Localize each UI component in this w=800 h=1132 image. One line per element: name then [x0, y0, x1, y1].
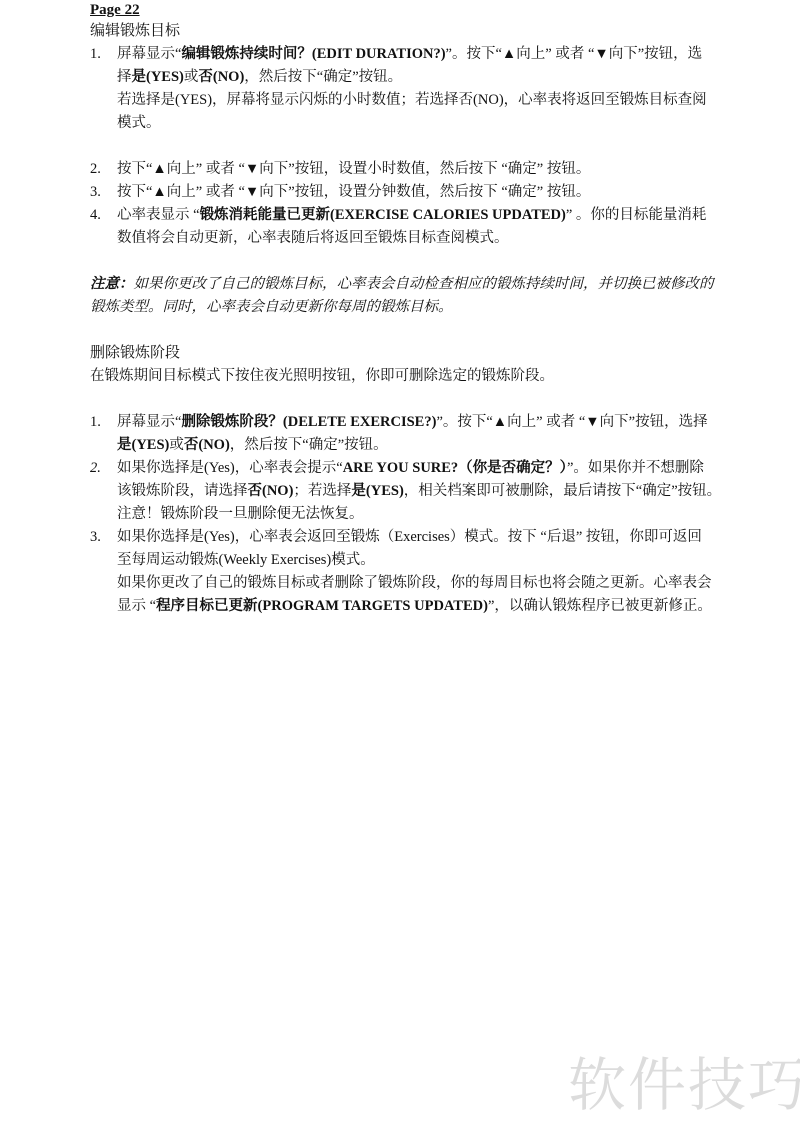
- page-number: Page 22: [90, 0, 764, 20]
- document-page: Page 22 编辑锻炼目标 1. 屏幕显示“编辑锻炼持续时间？(EDIT DU…: [90, 0, 764, 618]
- spacer: [90, 135, 764, 158]
- note-paragraph: 注意：如果你更改了自己的锻炼目标，心率表会自动检查相应的锻炼持续时间，并切换已被…: [90, 273, 764, 319]
- step-number: 3.: [90, 526, 101, 549]
- step-line: 心率表显示 “锻炼消耗能量已更新(EXERCISE CALORIES UPDAT…: [117, 204, 764, 227]
- step-number: 4.: [90, 204, 101, 227]
- step-3: 3. 如果你选择是(Yes)，心率表会返回至锻炼（Exercises）模式。按下…: [90, 526, 764, 618]
- step-number: 3.: [90, 181, 101, 204]
- edit-target-steps: 1. 屏幕显示“编辑锻炼持续时间？(EDIT DURATION?)”。按下“▲向…: [90, 43, 764, 250]
- step-line: 模式。: [117, 112, 764, 135]
- step-line: 是(YES)或否(NO)，然后按下“确定”按钮。: [117, 434, 764, 457]
- step-line: 至每周运动锻炼(Weekly Exercises)模式。: [117, 549, 764, 572]
- step-line: 该锻炼阶段，请选择否(NO)；若选择是(YES)，相关档案即可被删除，最后请按下…: [117, 480, 764, 503]
- step-2: 2. 按下“▲向上” 或者 “▼向下”按钮，设置小时数值，然后按下 “确定” 按…: [90, 158, 764, 181]
- step-number: 2.: [90, 457, 101, 480]
- section-title-edit-target: 编辑锻炼目标: [90, 20, 764, 43]
- step-2: 2. 如果你选择是(Yes)，心率表会提示“ARE YOU SURE?（你是否确…: [90, 457, 764, 526]
- step-line: 如果你选择是(Yes)，心率表会提示“ARE YOU SURE?（你是否确定？）…: [117, 457, 764, 480]
- step-number: 1.: [90, 43, 101, 66]
- step-line: 数值将会自动更新，心率表随后将返回至锻炼目标查阅模式。: [117, 227, 764, 250]
- step-line: 屏幕显示“删除锻炼阶段？(DELETE EXERCISE?)”。按下“▲向上” …: [117, 411, 764, 434]
- step-1: 1. 屏幕显示“编辑锻炼持续时间？(EDIT DURATION?)”。按下“▲向…: [90, 43, 764, 135]
- step-number: 2.: [90, 158, 101, 181]
- step-4: 4. 心率表显示 “锻炼消耗能量已更新(EXERCISE CALORIES UP…: [90, 204, 764, 250]
- step-line: 如果你选择是(Yes)，心率表会返回至锻炼（Exercises）模式。按下 “后…: [117, 526, 764, 549]
- step-3: 3. 按下“▲向上” 或者 “▼向下”按钮，设置分钟数值，然后按下 “确定” 按…: [90, 181, 764, 204]
- section-title-delete-exercise: 删除锻炼阶段: [90, 342, 764, 365]
- step-line: 屏幕显示“编辑锻炼持续时间？(EDIT DURATION?)”。按下“▲向上” …: [117, 43, 764, 66]
- watermark: 软件技巧: [568, 1038, 800, 1122]
- step-line: 若选择是(YES)，屏幕将显示闪烁的小时数值；若选择否(NO)，心率表将返回至锻…: [117, 89, 764, 112]
- step-number: 1.: [90, 411, 101, 434]
- step-line: 注意！锻炼阶段一旦删除便无法恢复。: [117, 503, 764, 526]
- step-line: 按下“▲向上” 或者 “▼向下”按钮，设置小时数值，然后按下 “确定” 按钮。: [117, 158, 764, 181]
- delete-exercise-steps: 1. 屏幕显示“删除锻炼阶段？(DELETE EXERCISE?)”。按下“▲向…: [90, 411, 764, 618]
- step-line: 择是(YES)或否(NO)，然后按下“确定”按钮。: [117, 66, 764, 89]
- step-1: 1. 屏幕显示“删除锻炼阶段？(DELETE EXERCISE?)”。按下“▲向…: [90, 411, 764, 457]
- step-line: 如果你更改了自己的锻炼目标或者删除了锻炼阶段，你的每周目标也将会随之更新。心率表…: [117, 572, 764, 595]
- step-line: 显示 “程序目标已更新(PROGRAM TARGETS UPDATED)”，以确…: [117, 595, 764, 618]
- step-line: 按下“▲向上” 或者 “▼向下”按钮，设置分钟数值，然后按下 “确定” 按钮。: [117, 181, 764, 204]
- spacer: [90, 250, 764, 273]
- spacer: [90, 388, 764, 411]
- note-label: 注意：: [90, 276, 134, 292]
- spacer: [90, 319, 764, 342]
- section-intro: 在锻炼期间目标模式下按住夜光照明按钮，你即可删除选定的锻炼阶段。: [90, 365, 764, 388]
